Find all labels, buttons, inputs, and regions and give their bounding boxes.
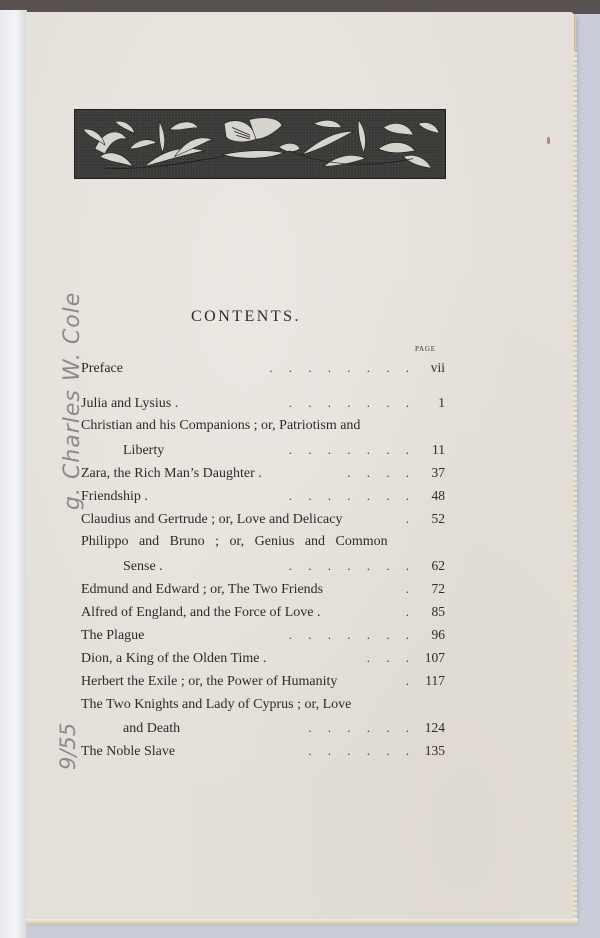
- butterfly-floral-icon: [75, 110, 445, 178]
- toc-page-number: 117: [415, 669, 445, 692]
- facing-page-edge: [0, 10, 27, 938]
- leader-dots: . . . . . . . .: [129, 356, 409, 379]
- toc-entry-preface: Preface . . . . . . . . vii: [81, 356, 445, 379]
- toc-page-number: 72: [415, 577, 445, 600]
- leader-dots: .: [343, 669, 409, 692]
- handwritten-date-note: 9/55: [56, 723, 80, 770]
- toc-entry: Julia and Lysius . . . . . . . . 1: [81, 391, 445, 414]
- leader-dots: . . . . . . .: [184, 391, 409, 414]
- toc-entry-title: Preface: [81, 357, 123, 380]
- toc-entry-title-continued: Sense .: [123, 555, 163, 578]
- page-column-label: PAGE: [415, 345, 436, 353]
- contents-heading: CONTENTS.: [26, 308, 466, 326]
- leader-dots: . . . . . . .: [170, 438, 409, 461]
- toc-page-number: 37: [415, 461, 445, 484]
- toc-entry-title: Alfred of England, and the Force of Love…: [81, 601, 320, 624]
- engraved-headpiece-ornament: [74, 109, 446, 179]
- toc-entry-title: The Two Knights and Lady of Cyprus ; or,…: [81, 693, 351, 716]
- toc-page-number: 1: [415, 391, 445, 414]
- toc-page-number: 11: [415, 438, 445, 461]
- toc-page-number: 107: [415, 646, 445, 669]
- book-page: CONTENTS. PAGE Preface . . . . . . . . v…: [26, 12, 574, 920]
- leader-dots: . . . . . . .: [169, 554, 409, 577]
- leader-dots: . . . .: [268, 461, 409, 484]
- section-gap: [81, 379, 445, 391]
- toc-page-number: 135: [415, 739, 445, 762]
- toc-entry: Alfred of England, and the Force of Love…: [81, 600, 445, 623]
- toc-entry-title: Philippo and Bruno ; or, Genius and Comm…: [81, 530, 388, 553]
- leader-dots: . . . . . . .: [150, 623, 409, 646]
- toc-entry-title: The Noble Slave: [81, 740, 175, 763]
- toc-entry-title: Christian and his Companions ; or, Patri…: [81, 414, 360, 437]
- toc-entry: The Plague . . . . . . . 96: [81, 623, 445, 646]
- toc-entry: Herbert the Exile ; or, the Power of Hum…: [81, 669, 445, 692]
- leader-dots: .: [329, 577, 409, 600]
- toc-page-number: vii: [415, 356, 445, 379]
- toc-entry: Christian and his Companions ; or, Patri…: [81, 414, 445, 460]
- toc-entry-title: Dion, a King of the Olden Time .: [81, 647, 267, 670]
- table-of-contents: Preface . . . . . . . . vii Julia and Ly…: [81, 356, 445, 762]
- toc-entry-title: Herbert the Exile ; or, the Power of Hum…: [81, 670, 337, 693]
- toc-page-number: 96: [415, 623, 445, 646]
- toc-entry-title: Zara, the Rich Man’s Daughter .: [81, 462, 262, 485]
- toc-entry: Claudius and Gertrude ; or, Love and Del…: [81, 507, 445, 530]
- toc-entry: Edmund and Edward ; or, The Two Friends …: [81, 577, 445, 600]
- toc-entry: Friendship . . . . . . . . 48: [81, 484, 445, 507]
- toc-page-number: 52: [415, 507, 445, 530]
- toc-entry: Dion, a King of the Olden Time . . . . 1…: [81, 646, 445, 669]
- toc-page-number: 62: [415, 554, 445, 577]
- leader-dots: . . . . . . .: [154, 484, 409, 507]
- toc-entry: The Two Knights and Lady of Cyprus ; or,…: [81, 693, 445, 739]
- toc-entry-title: Claudius and Gertrude ; or, Love and Del…: [81, 508, 342, 531]
- handwritten-owner-signature: g. Charles W. Cole: [60, 292, 85, 510]
- page-edge-deckle: [573, 52, 577, 922]
- leader-dots: .: [348, 507, 409, 530]
- leader-dots: . . .: [273, 646, 410, 669]
- page-bottom-edge: [26, 919, 578, 924]
- leader-dots: . . . . . .: [186, 716, 409, 739]
- leader-dots: . . . . . .: [181, 739, 409, 762]
- toc-entry: The Noble Slave . . . . . . 135: [81, 739, 445, 762]
- toc-entry-title: Friendship .: [81, 485, 148, 508]
- toc-entry-title: Julia and Lysius .: [81, 392, 178, 415]
- toc-entry-title-continued: Liberty: [123, 439, 164, 462]
- leader-dots: .: [326, 600, 409, 623]
- toc-entry-title: The Plague: [81, 624, 144, 647]
- toc-entry: Zara, the Rich Man’s Daughter . . . . . …: [81, 461, 445, 484]
- toc-page-number: 85: [415, 600, 445, 623]
- toc-page-number: 48: [415, 484, 445, 507]
- toc-entry-title: Edmund and Edward ; or, The Two Friends: [81, 578, 323, 601]
- foxing-spot: [547, 137, 550, 144]
- toc-entry: Philippo and Bruno ; or, Genius and Comm…: [81, 530, 445, 576]
- toc-entry-title-continued: and Death: [123, 717, 180, 740]
- toc-page-number: 124: [415, 716, 445, 739]
